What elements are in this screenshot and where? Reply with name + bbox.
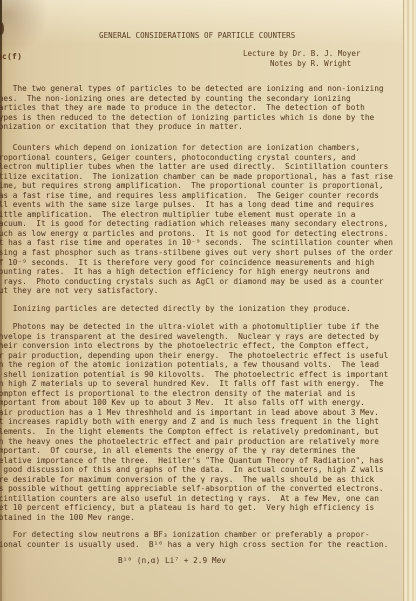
- text-line: envelope is transparent at the desired w…: [0, 332, 388, 342]
- text-line: It has a fast rise time and operates in …: [0, 238, 393, 248]
- paragraph-ionizing-particles: Ionizing particles are detected directly…: [0, 304, 351, 314]
- text-line: in the region of the atomic ionization p…: [0, 360, 388, 370]
- text-line: counting rates. It has a high detection …: [0, 267, 393, 277]
- text-line: Pair production has a 1 Mev threshhold a…: [0, 408, 388, 418]
- text-line: types is then reduced to the detection o…: [0, 113, 384, 123]
- byline-notetaker: Notes by R. Wright: [270, 59, 351, 68]
- text-line: obtained in the 100 Mev range.: [0, 513, 388, 523]
- text-line: vacuum. It is good for detecting radiati…: [0, 219, 393, 229]
- text-line: ones. The non-ionizing ones are detected…: [0, 94, 384, 104]
- text-line: a good discussion of this and graphs of …: [0, 465, 388, 475]
- nuclear-reaction-equation: B¹⁰ (n,α) Li⁷ + 2.9 Mev: [118, 556, 226, 565]
- text-line: Ionizing particles are detected directly…: [0, 304, 351, 314]
- text-line: relative importance of the three. Heitle…: [0, 456, 388, 466]
- text-line: such as low energy α particles and proto…: [0, 229, 393, 239]
- text-line: Counters which depend on ionization for …: [0, 143, 393, 153]
- text-line: time, but requires strong amplification.…: [0, 181, 393, 191]
- text-line: elements. In the light elements the Comp…: [0, 427, 388, 437]
- text-line: their conversion into electrons by the p…: [0, 341, 388, 351]
- text-line: or pair production, depending upon their…: [0, 351, 388, 361]
- edge-tear-mark: [0, 22, 4, 35]
- text-line: particles that they are made to produce …: [0, 103, 384, 113]
- paragraph-particle-types: The two general types of particles to be…: [0, 84, 384, 132]
- text-line: ionization or excitation that they produ…: [0, 122, 384, 132]
- text-line: It increases rapidly both with energy an…: [0, 417, 388, 427]
- text-line: are desirable for maximum conversion of …: [0, 475, 388, 485]
- text-line: Compton effect is proportional to the el…: [0, 389, 388, 399]
- text-line: electron multiplier tubes when the latte…: [0, 162, 393, 172]
- margin-note: gc(f): [0, 52, 22, 61]
- text-line: in the heavy ones the photoelectric effe…: [0, 437, 388, 447]
- text-line: but they are not very satisfactory.: [0, 286, 393, 296]
- text-line: Scintillation counters are also useful i…: [0, 494, 388, 504]
- text-line: K shell ionization potential is 90 kilov…: [0, 370, 388, 380]
- text-line: For detecting slow neutrons a BF₃ ioniza…: [0, 530, 388, 540]
- text-line: tional counter is usually used. B¹⁰ has …: [0, 540, 388, 550]
- text-line: The two general types of particles to be…: [0, 84, 384, 94]
- text-line: important from about 100 Kev up to about…: [0, 398, 388, 408]
- text-line: proportional counters, Geiger counters, …: [0, 153, 393, 163]
- text-line: get 10 percent efficiency, but a plateau…: [0, 503, 388, 513]
- text-line: of 10⁻⁹ seconds. It is therefore very go…: [0, 258, 393, 268]
- underlying-page-edges: [403, 0, 416, 601]
- text-line: little amplification. The electron multi…: [0, 210, 393, 220]
- text-line: has a fast rise time, and requires less …: [0, 191, 393, 201]
- text-line: as possible without getting appreciable …: [0, 484, 388, 494]
- paragraph-photon-detection: Photons may be detected in the ultra-vio…: [0, 322, 388, 522]
- page-title: GENERAL CONSIDERATIONS OF PARTICLE COUNT…: [99, 31, 295, 40]
- text-line: γ rays. Photo conducting crystals such a…: [0, 277, 393, 287]
- text-line: using a fast phosphor such as trans-stil…: [0, 248, 393, 258]
- text-line: important. Of course, in all elements th…: [0, 446, 388, 456]
- paragraph-slow-neutrons: For detecting slow neutrons a BF₃ ioniza…: [0, 530, 388, 549]
- text-line: utilize excitation. The ionization chamb…: [0, 172, 393, 182]
- document-page: gc(f) GENERAL CONSIDERATIONS OF PARTICLE…: [0, 0, 403, 601]
- text-line: in high Z materials up to several hundre…: [0, 379, 388, 389]
- text-line: Photons may be detected in the ultra-vio…: [0, 322, 388, 332]
- text-line: all events with the same size large puls…: [0, 200, 393, 210]
- paragraph-counter-types: Counters which depend on ionization for …: [0, 143, 393, 296]
- byline-lecturer: Lecture by Dr. B. J. Moyer: [243, 49, 360, 58]
